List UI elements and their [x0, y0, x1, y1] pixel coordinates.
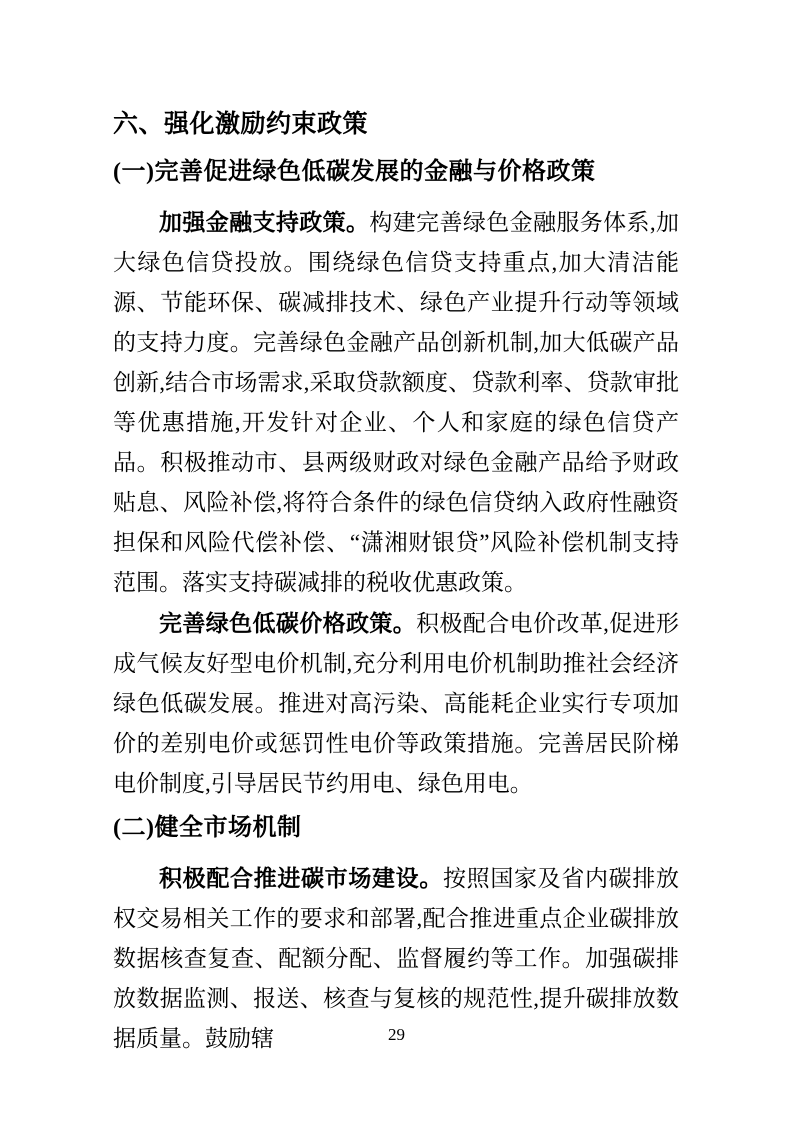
subsection-heading: (一)完善促进绿色低碳发展的金融与价格政策 — [113, 152, 679, 192]
paragraph: 加强金融支持政策。构建完善绿色金融服务体系,加大绿色信贷投放。围绕绿色信贷支持重… — [113, 202, 679, 603]
paragraph-text: 积极配合电价改革,促进形成气候友好型电价机制,充分利用电价机制助推社会经济绿色低… — [113, 611, 679, 796]
page-number: 29 — [388, 1025, 405, 1044]
paragraph-text: 构建完善绿色金融服务体系,加大绿色信贷投放。围绕绿色信贷支持重点,加大清洁能源、… — [113, 210, 679, 595]
page-footer: 29 — [0, 1024, 793, 1046]
paragraph-lead: 加强金融支持政策。 — [159, 209, 369, 235]
subsection-heading: (二)健全市场机制 — [113, 808, 679, 848]
section-heading: 六、强化激励约束政策 — [113, 104, 679, 144]
paragraph-lead: 完善绿色低碳价格政策。 — [159, 610, 416, 636]
document-content: 六、强化激励约束政策(一)完善促进绿色低碳发展的金融与价格政策加强金融支持政策。… — [113, 104, 679, 1059]
paragraph: 完善绿色低碳价格政策。积极配合电价改革,促进形成气候友好型电价机制,充分利用电价… — [113, 603, 679, 804]
document-page: 六、强化激励约束政策(一)完善促进绿色低碳发展的金融与价格政策加强金融支持政策。… — [0, 0, 793, 1122]
paragraph-lead: 积极配合推进碳市场建设。 — [159, 865, 443, 891]
